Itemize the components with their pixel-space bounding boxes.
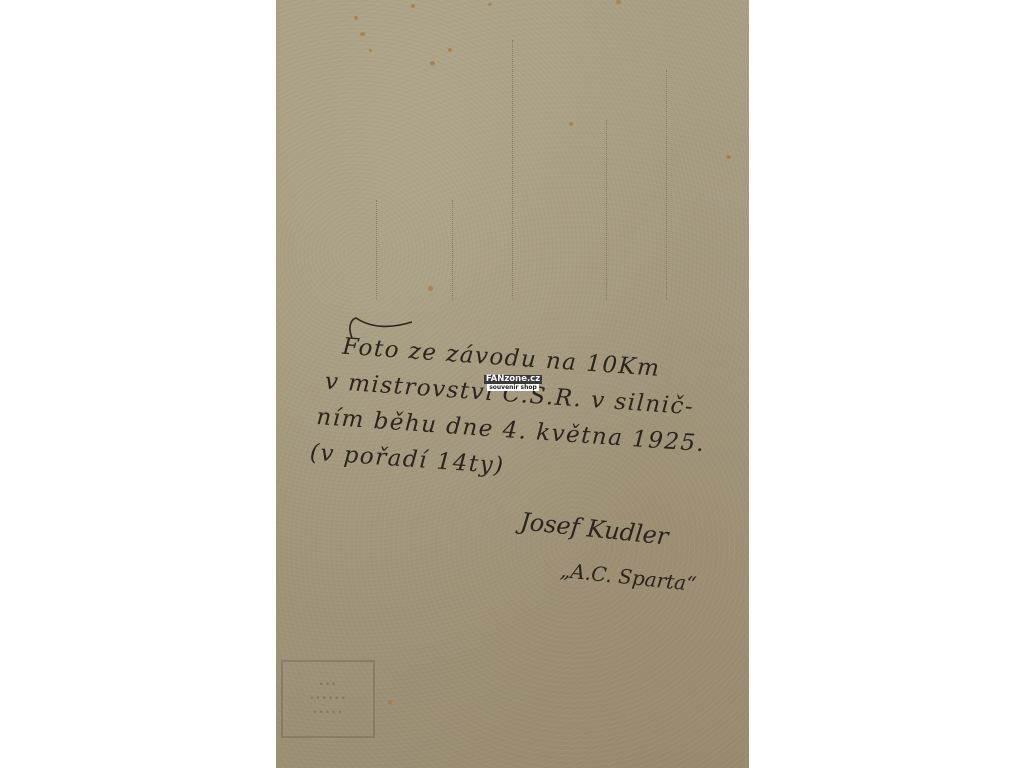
printed-dotted-line bbox=[606, 120, 607, 300]
foxing-spot bbox=[448, 48, 452, 52]
foxing-spot bbox=[488, 3, 492, 6]
stamp-line: ••••• bbox=[283, 708, 373, 718]
foxing-spot bbox=[726, 155, 731, 159]
foxing-spot bbox=[428, 286, 433, 291]
printed-dotted-line bbox=[376, 200, 377, 300]
printed-dotted-line bbox=[452, 200, 453, 300]
shop-watermark: FANzone.cz souvenir shop bbox=[487, 375, 539, 391]
foxing-spot bbox=[360, 32, 365, 36]
photographer-stamp: ••• •••••• ••••• bbox=[281, 660, 375, 738]
foxing-spot bbox=[354, 16, 358, 20]
watermark-brand: FANzone.cz bbox=[484, 375, 542, 384]
stamp-line: •••••• bbox=[283, 694, 373, 704]
foxing-spot bbox=[569, 122, 573, 126]
foxing-spot bbox=[388, 700, 392, 704]
stamp-line: ••• bbox=[283, 680, 373, 690]
foxing-spot bbox=[430, 61, 435, 66]
printed-dotted-line bbox=[512, 40, 513, 300]
watermark-tagline: souvenir shop bbox=[487, 384, 539, 391]
printed-dotted-line bbox=[666, 70, 667, 300]
foxing-spot bbox=[411, 4, 415, 8]
foxing-spot bbox=[369, 49, 372, 52]
foxing-spot bbox=[616, 0, 621, 4]
